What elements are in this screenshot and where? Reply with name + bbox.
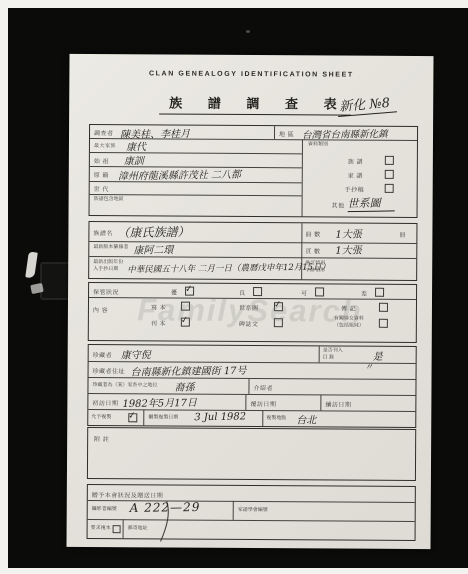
volumes-value: 1大張 — [335, 225, 362, 240]
binding-label-line2: 字跡情形 — [305, 268, 325, 274]
content-checkbox-women-data[interactable] — [379, 319, 388, 328]
divider — [319, 346, 320, 362]
content-checkbox-epitaph[interactable] — [274, 318, 283, 327]
notes-label: 附 註 — [94, 434, 109, 443]
category-checkbox-jiapu[interactable] — [385, 170, 394, 179]
area-label: 地 區 — [279, 129, 294, 138]
family-position-label: 珍藏者為（某）家系中之地位 — [92, 383, 157, 389]
request-copy-label: 要求複本 — [91, 526, 111, 532]
largest-family-label: 最大家族 — [94, 142, 116, 149]
handwritten-page-mark: 新化 №8 — [336, 91, 396, 117]
condition-checkbox-good[interactable] — [253, 287, 262, 296]
content-label: 內 容 — [93, 305, 108, 314]
surveyor-label: 調查者 — [94, 128, 114, 137]
condition-option-label: 良 — [239, 288, 246, 297]
film-place-value: 台北 — [296, 411, 316, 426]
photographer-no-value: A 222—29 — [130, 500, 201, 515]
pub-date-value: 中華民國五十八年 二月一日（農曆戊申年12月15日） — [127, 260, 330, 275]
condition-option-label: 可 — [301, 288, 308, 297]
first-visit-label: 初訪日期 — [92, 398, 118, 407]
pages-value: 1大張 — [335, 241, 362, 256]
divider — [274, 126, 275, 139]
condition-option-label: 差 — [361, 289, 368, 298]
film-place-label: 複製地點 — [266, 416, 286, 422]
condition-checkmark: ✓ — [184, 283, 193, 295]
category-item-label: 手抄稿 — [345, 185, 365, 194]
english-title: CLAN GENEALOGY IDENTIFICATION SHEET — [69, 70, 433, 79]
condition-label: 保管狀況 — [93, 287, 119, 296]
donation-label: 贈予本會狀況及贈送日期 — [92, 490, 164, 499]
compiler-label: 最新版本纂修者 — [93, 245, 128, 251]
mail-address-label: 郵寄地址 — [128, 526, 148, 532]
binding-label-line1: 裝訂情形 — [305, 261, 325, 267]
compiler-value: 康阿二環 — [133, 241, 173, 257]
volumes-label: 冊 數 — [305, 229, 320, 238]
category-checkbox-manuscript[interactable] — [385, 184, 394, 193]
category-title: 資料類別 — [308, 142, 328, 148]
scanned-form-page: CLAN GENEALOGY IDENTIFICATION SHEET 族 譜 … — [66, 54, 433, 549]
family-position-value: 裔孫 — [174, 378, 194, 393]
stray-ditto-mark: 〃 — [365, 361, 374, 373]
divider — [143, 409, 144, 425]
category-other-label: 其他 — [332, 200, 345, 209]
content-item-sublabel: （包括姐妹） — [334, 324, 364, 330]
divider — [302, 139, 303, 216]
listed-label-line2: 目 錄 — [323, 355, 334, 361]
pub-date-label-line2: 入手抄日期 — [93, 267, 118, 273]
listed-label-line1: 是否刊入 — [323, 348, 343, 354]
film-date-label: 攝製複製日期 — [148, 415, 178, 421]
copy-permit-checkmark: ✓ — [128, 410, 137, 422]
society-no-label: 家譜學會編號 — [238, 508, 268, 514]
ancestor-value: 康訓 — [124, 152, 144, 167]
coverage-label: 族譜包含地區 — [94, 197, 124, 203]
divider — [123, 519, 124, 538]
category-checkbox-zupu[interactable] — [385, 156, 394, 165]
chinese-title: 族 譜 調 查 表 — [159, 92, 352, 115]
content-item-label: 碑誌文 — [239, 319, 259, 328]
divider — [262, 410, 263, 426]
owner-address-value: 台南縣新化鎮建國街 17号 — [130, 362, 246, 379]
revisit-label: 覆訪日期 — [250, 399, 276, 408]
pages-label: 頁 數 — [305, 246, 320, 255]
pub-date-label-line1: 最新出版年份 — [93, 260, 123, 266]
content-checkbox-manuscript[interactable] — [181, 302, 190, 311]
owner-label: 珍藏者 — [93, 350, 113, 359]
content-checkbox-biography[interactable] — [379, 303, 388, 312]
introducer-label: 介紹者 — [253, 383, 273, 392]
table-identification: 調查者 陳美桂、李桂月 地 區 台灣省台南縣新化鎮 最大家族 康代 始 祖 康訓… — [89, 124, 419, 218]
divider — [248, 378, 249, 394]
followup-label: 續訪日期 — [325, 399, 351, 408]
origin-value: 漳州府龍溪縣許茂社 二八都 — [118, 166, 241, 183]
film-edge-bottom — [0, 568, 468, 574]
first-visit-value: 1982年5月17日 — [122, 394, 197, 410]
film-date-value: 3 Jul 1982 — [194, 411, 246, 423]
photographer-no-label: 攝影者編號 — [92, 507, 117, 513]
table-owner-visits: 珍藏者 康守倪 是否刊入 目 錄 是 〃 珍藏者住址 台南縣新化鎮建國街 17号… — [87, 344, 416, 428]
film-edge-left — [0, 8, 8, 568]
divider — [320, 394, 321, 410]
copy-permit-label: 允予複製 — [91, 415, 111, 421]
category-item-label: 族 譜 — [348, 157, 363, 166]
table-admin: 贈予本會狀況及贈送日期 攝影者編號 A 222—29 家譜學會編號 要求複本 郵… — [87, 484, 416, 541]
divider — [245, 394, 246, 410]
divider — [233, 501, 234, 520]
genealogy-title-value: （康氏族譜） — [117, 223, 189, 241]
content-item-label: 寫 本 — [151, 302, 166, 311]
volumes-unit: 冊 — [399, 230, 406, 239]
content-checkmark: ✓ — [273, 299, 282, 311]
content-item-label: 刊 本 — [151, 318, 166, 327]
condition-option-label: 優 — [171, 288, 178, 297]
condition-checkbox-poor[interactable] — [375, 288, 384, 297]
dust-speck — [246, 30, 250, 33]
generations-label: 世 代 — [94, 184, 109, 193]
divider — [88, 519, 415, 522]
owner-address-label: 珍藏者住址 — [93, 366, 126, 375]
table-condition-content: 保管狀況 優 ✓ 良 可 差 內 容 寫 本 世系圖 ✓ 傳 記 刊 本 ✓ 碑… — [88, 282, 417, 343]
request-copy-checkbox[interactable] — [113, 525, 121, 533]
category-item-label: 家 譜 — [348, 171, 363, 180]
film-edge-top — [0, 0, 468, 8]
table-notes: 附 註 — [87, 427, 416, 481]
divider — [90, 152, 302, 154]
content-item-label: 有關婦女資料 — [334, 317, 364, 323]
content-item-label: 傳 記 — [341, 304, 356, 313]
area-value: 台灣省台南縣新化鎮 — [302, 126, 388, 141]
genealogy-title-label: 族譜名 — [93, 228, 113, 237]
owner-value: 康守倪 — [121, 346, 151, 361]
listed-value: 是 — [373, 348, 383, 363]
content-item-label: 世系圖 — [239, 303, 259, 312]
category-other-value: 世系圖 — [347, 194, 394, 212]
content-checkmark: ✓ — [180, 314, 189, 326]
ancestor-label: 始 祖 — [94, 156, 109, 165]
origin-label: 原 籍 — [94, 170, 109, 179]
table-genealogy-info: 族譜名 （康氏族譜） 冊 數 1大張 冊 最新版本纂修者 康阿二環 頁 數 1大… — [88, 221, 417, 281]
condition-checkbox-fair[interactable] — [315, 287, 324, 296]
